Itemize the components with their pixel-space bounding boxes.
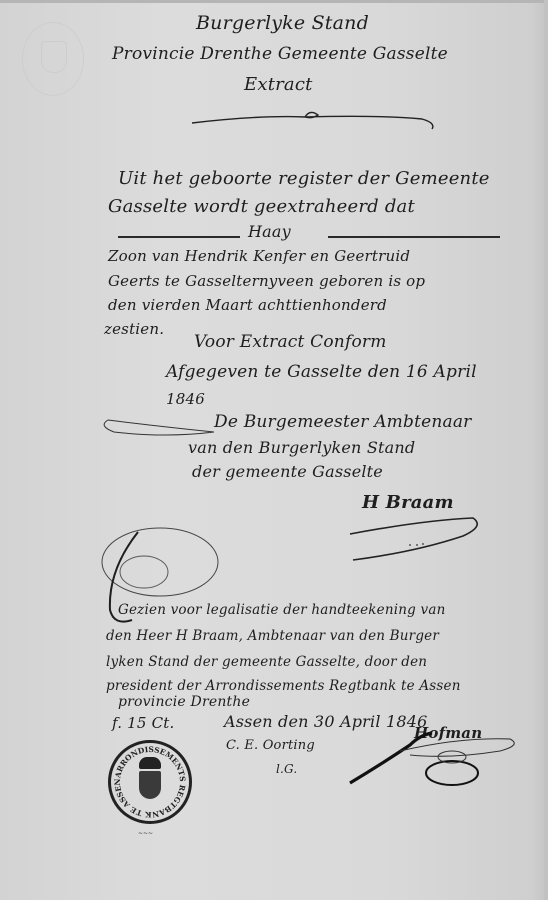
body-line-6: den vierden Maart achttienhonderd (108, 296, 387, 314)
clerk-name: C. E. Oorting (226, 738, 315, 753)
conformity-year: 1846 (166, 390, 205, 408)
body-line-4: Zoon van Hendrik Kenfer en Geertruid (108, 247, 410, 265)
court-seal-icon: ARRONDISSEMENTS REGTBANK TE ASSEN (108, 740, 192, 824)
president-signature-flourish (340, 715, 530, 790)
official-signature-flourish (345, 510, 485, 565)
header-line-2: Provincie Drenthe Gemeente Gasselte (112, 44, 448, 64)
clerk-initials: l.G. (276, 762, 297, 776)
seal-shield-icon (139, 771, 161, 799)
header-line-3: Extract (244, 74, 313, 95)
body-line-1: Uit het geboorte register der Gemeente (118, 168, 490, 189)
header-flourish (180, 105, 440, 135)
official-flourish (96, 408, 216, 438)
legalization-line-5: provincie Drenthe (118, 694, 250, 710)
official-line-3: der gemeente Gasselte (192, 462, 383, 481)
official-line-1: De Burgemeester Ambtenaar (214, 412, 472, 432)
name-rule-left (118, 236, 240, 238)
header-line-1: Burgerlyke Stand (196, 12, 369, 34)
body-line-7: zestien. (104, 320, 164, 338)
legalization-line-3: lyken Stand der gemeente Gasselte, door … (106, 654, 427, 670)
legalization-line-4: president der Arrondissements Regtbank t… (106, 678, 461, 694)
body-line-2: Gasselte wordt geextraheerd dat (108, 196, 415, 217)
name-rule-right (328, 236, 500, 238)
child-name: Haay (248, 222, 291, 241)
seal-crown-icon (139, 757, 161, 769)
seal-mark: ~~~ (138, 830, 153, 837)
body-line-5: Geerts te Gasselternyveen geboren is op (108, 272, 425, 290)
document-page: Burgerlyke Stand Provincie Drenthe Gemee… (0, 0, 548, 900)
page-top-edge (0, 0, 548, 3)
conformity-line-1: Voor Extract Conform (194, 332, 387, 352)
page-right-edge (544, 0, 548, 900)
embossed-stamp-icon (22, 22, 84, 96)
legalization-fee: f. 15 Ct. (112, 714, 174, 732)
legalization-line-1: Gezien voor legalisatie der handteekenin… (118, 602, 445, 618)
conformity-line-2: Afgegeven te Gasselte den 16 April (166, 362, 477, 382)
legalization-line-2: den Heer H Braam, Ambtenaar van den Burg… (106, 628, 439, 644)
official-line-2: van den Burgerlyken Stand (188, 438, 415, 457)
